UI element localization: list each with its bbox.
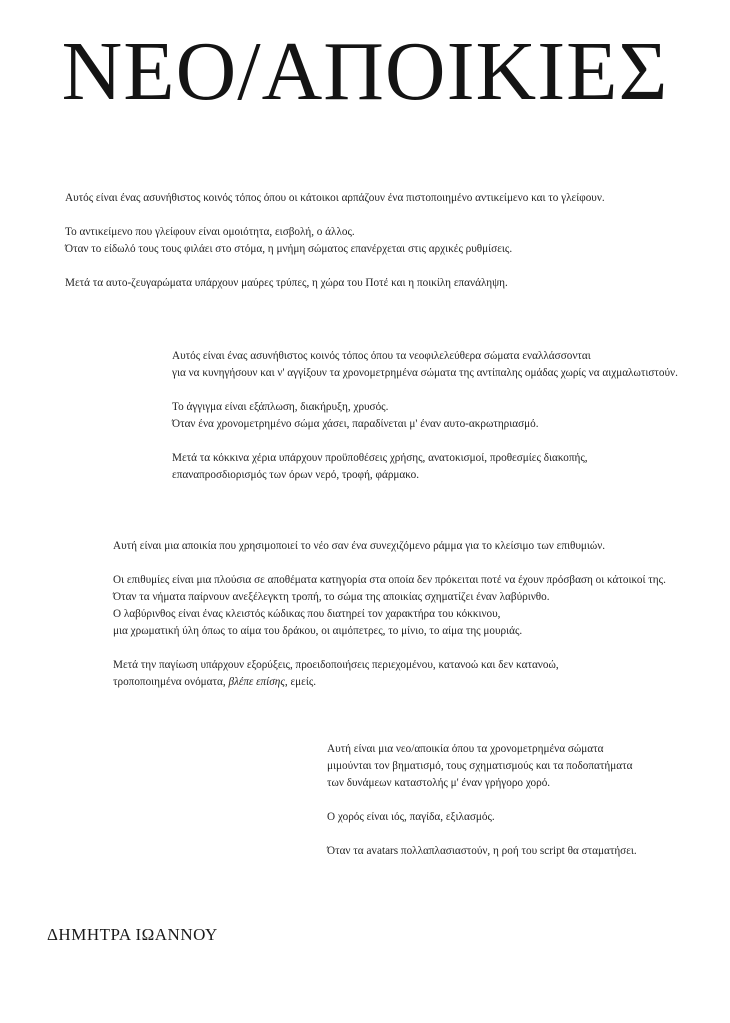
paragraph: Όταν τα avatars πολλαπλασιαστούν, η ροή … xyxy=(327,843,637,860)
section-3: Αυτή είναι μια αποικία που χρησιμοποιεί … xyxy=(113,538,666,691)
text-line: Το αντικείμενο που γλείφουν είναι ομοιότ… xyxy=(65,224,605,241)
text-line: Όταν τα avatars πολλαπλασιαστούν, η ροή … xyxy=(327,843,637,860)
paragraph: Μετά τα κόκκινα χέρια υπάρχουν προϋποθέσ… xyxy=(172,450,678,484)
italic-phrase: βλέπε επίσης xyxy=(229,676,285,688)
text-fragment: , εμείς. xyxy=(285,676,316,688)
paragraph: Αυτός είναι ένας ασυνήθιστος κοινός τόπο… xyxy=(172,348,678,382)
paragraph: Ο χορός είναι ιός, παγίδα, εξιλασμός. xyxy=(327,809,637,826)
text-line: Ο χορός είναι ιός, παγίδα, εξιλασμός. xyxy=(327,809,637,826)
section-2: Αυτός είναι ένας ασυνήθιστος κοινός τόπο… xyxy=(172,348,678,484)
text-fragment: τροποποιημένα ονόματα, xyxy=(113,676,229,688)
text-line: Ο λαβύρινθος είναι ένας κλειστός κώδικας… xyxy=(113,606,666,623)
paragraph: Μετά την παγίωση υπάρχουν εξορύξεις, προ… xyxy=(113,657,666,691)
text-line: Μετά την παγίωση υπάρχουν εξορύξεις, προ… xyxy=(113,657,666,674)
text-line: Όταν τα νήματα παίρνουν ανεξέλεγκτη τροπ… xyxy=(113,589,666,606)
paragraph: Το άγγιγμα είναι εξάπλωση, διακήρυξη, χρ… xyxy=(172,399,678,433)
text-line: Αυτός είναι ένας ασυνήθιστος κοινός τόπο… xyxy=(65,190,605,207)
text-line: μια χρωματική ύλη όπως το αίμα του δράκο… xyxy=(113,623,666,640)
paragraph: Οι επιθυμίες είναι μια πλούσια σε αποθέμ… xyxy=(113,572,666,640)
text-line: επαναπροσδιορισμός των όρων νερό, τροφή,… xyxy=(172,467,678,484)
text-line: μιμούνται τον βηματισμό, τους σχηματισμο… xyxy=(327,758,637,775)
text-line: Μετά τα κόκκινα χέρια υπάρχουν προϋποθέσ… xyxy=(172,450,678,467)
page-title: ΝΕΟ/ΑΠΟΙΚΙΕΣ xyxy=(0,27,730,117)
text-line: Όταν ένα χρονομετρημένο σώμα χάσει, παρα… xyxy=(172,416,678,433)
text-line: Μετά τα αυτο-ζευγαρώματα υπάρχουν μαύρες… xyxy=(65,275,605,292)
paragraph: Αυτή είναι μια αποικία που χρησιμοποιεί … xyxy=(113,538,666,555)
text-line: για να κυνηγήσουν και ν' αγγίξουν τα χρο… xyxy=(172,365,678,382)
paragraph: Μετά τα αυτο-ζευγαρώματα υπάρχουν μαύρες… xyxy=(65,275,605,292)
paragraph: Το αντικείμενο που γλείφουν είναι ομοιότ… xyxy=(65,224,605,258)
paragraph: Αυτός είναι ένας ασυνήθιστος κοινός τόπο… xyxy=(65,190,605,207)
text-line: Αυτή είναι μια αποικία που χρησιμοποιεί … xyxy=(113,538,666,555)
section-1: Αυτός είναι ένας ασυνήθιστος κοινός τόπο… xyxy=(65,190,605,292)
text-line: τροποποιημένα ονόματα, βλέπε επίσης, εμε… xyxy=(113,674,666,691)
text-line: των δυνάμεων καταστολής μ' έναν γρήγορο … xyxy=(327,775,637,792)
text-line: Αυτός είναι ένας ασυνήθιστος κοινός τόπο… xyxy=(172,348,678,365)
paragraph: Αυτή είναι μια νεο/αποικία όπου τα χρονο… xyxy=(327,741,637,792)
text-line: Όταν το είδωλό τους τους φιλάει στο στόμ… xyxy=(65,241,605,258)
text-line: Αυτή είναι μια νεο/αποικία όπου τα χρονο… xyxy=(327,741,637,758)
section-4: Αυτή είναι μια νεο/αποικία όπου τα χρονο… xyxy=(327,741,637,860)
text-line: Το άγγιγμα είναι εξάπλωση, διακήρυξη, χρ… xyxy=(172,399,678,416)
text-line: Οι επιθυμίες είναι μια πλούσια σε αποθέμ… xyxy=(113,572,666,589)
author-name: ΔΗΜΗΤΡΑ ΙΩΑΝΝΟΥ xyxy=(47,925,218,945)
